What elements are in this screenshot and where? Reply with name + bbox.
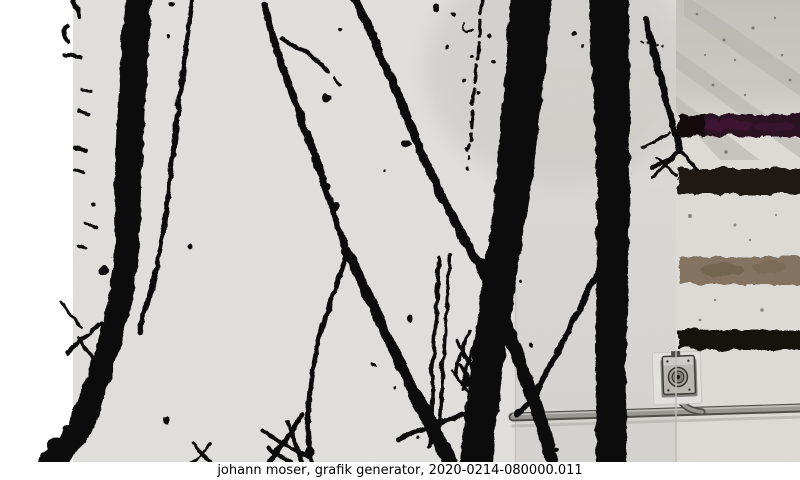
- artwork-page: johann moser, grafik generator, 2020-021…: [0, 0, 800, 480]
- caption-text: johann moser, grafik generator, 2020-021…: [217, 464, 582, 478]
- caption-bar: johann moser, grafik generator, 2020-021…: [0, 462, 800, 480]
- generative-artwork-image: [0, 0, 800, 462]
- left-margin: [0, 0, 73, 462]
- grain-overlay: [73, 0, 800, 462]
